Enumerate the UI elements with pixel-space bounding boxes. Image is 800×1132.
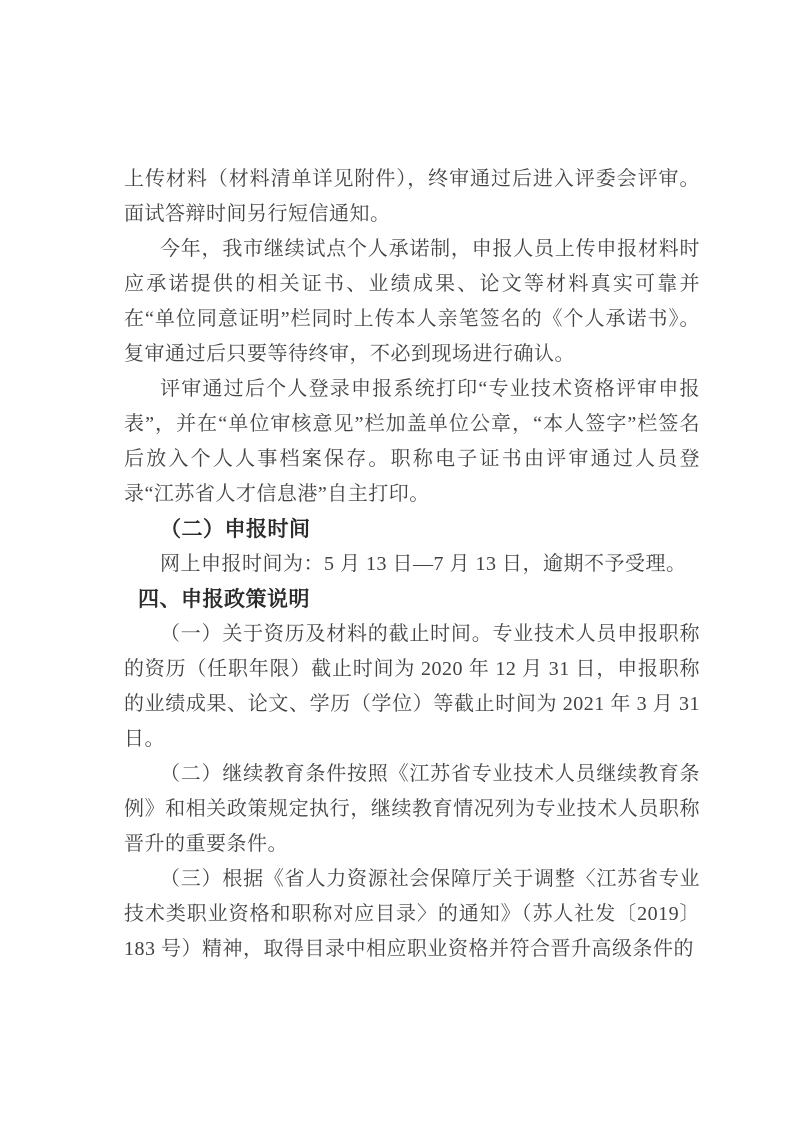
paragraph: 网上申报时间为：5 月 13 日—7 月 13 日，逾期不予受理。: [124, 547, 700, 582]
paragraph: 今年，我市继续试点个人承诺制，申报人员上传申报材料时应承诺提供的相关证书、业绩成…: [124, 232, 700, 372]
paragraph-continuation: 上传材料（材料清单详见附件），终审通过后进入评委会评审。面试答辩时间另行短信通知…: [124, 162, 700, 232]
paragraph: （一）关于资历及材料的截止时间。专业技术人员申报职称的资历（任职年限）截止时间为…: [124, 617, 700, 757]
paragraph: （二）继续教育条件按照《江苏省专业技术人员继续教育条例》和相关政策规定执行，继续…: [124, 757, 700, 862]
paragraph: （三）根据《省人力资源社会保障厅关于调整〈江苏省专业技术类职业资格和职称对应目录…: [124, 862, 700, 967]
paragraph: 评审通过后个人登录申报系统打印“专业技术资格评审申报表”，并在“单位审核意见”栏…: [124, 372, 700, 512]
section-heading: 四、申报政策说明: [124, 582, 700, 617]
document-page: 上传材料（材料清单详见附件），终审通过后进入评委会评审。面试答辩时间另行短信通知…: [0, 0, 800, 1132]
document-text-block: 上传材料（材料清单详见附件），终审通过后进入评委会评审。面试答辩时间另行短信通知…: [124, 162, 700, 967]
subsection-heading: （二）申报时间: [124, 512, 700, 547]
